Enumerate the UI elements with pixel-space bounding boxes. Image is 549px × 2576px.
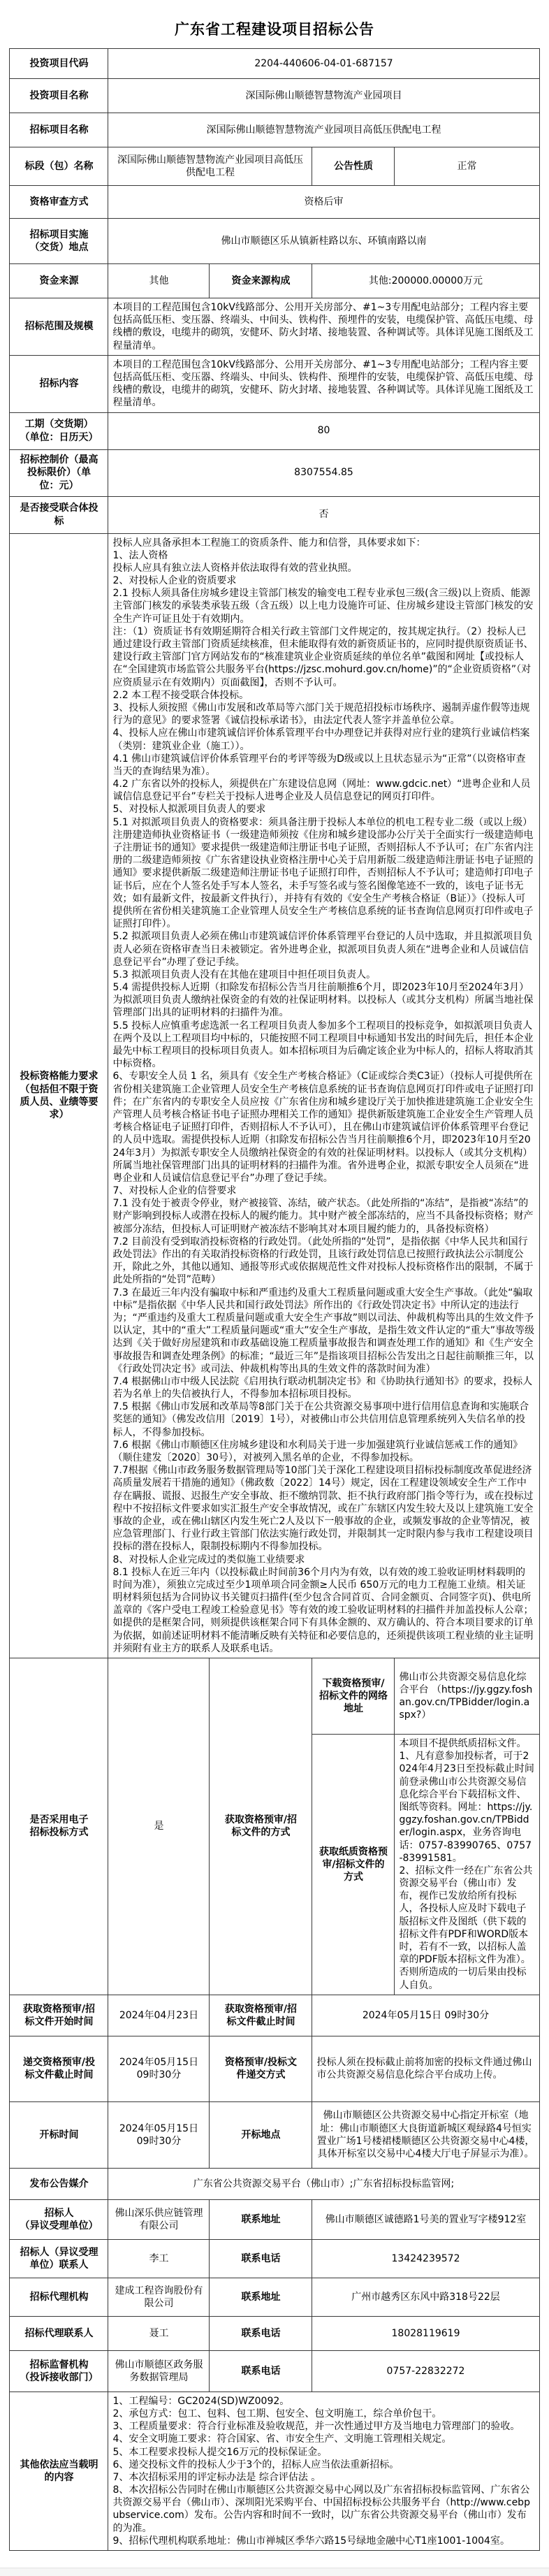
row-tenderer-contact: 招标人（异议受理 单位）联系人 李工 联系电话 13424239572 bbox=[10, 2239, 539, 2278]
label-open-place: 开标地点 bbox=[210, 2101, 312, 2168]
row-supervisor: 招标监督机构 （投诉接收部门） 佛山市顺德区政务服务数据管理局 联系电话 075… bbox=[10, 2350, 539, 2392]
label-agency: 招标代理机构 bbox=[10, 2278, 108, 2316]
label-duration: 工期（交货期） （单位：日历天） bbox=[10, 412, 108, 449]
value-funding-composition: 其他:200000.00000万元 bbox=[312, 264, 539, 298]
label-agency-phone: 联系电话 bbox=[210, 2316, 312, 2350]
value-paper-method: 本项目不提供纸质招标文件。1、凡有意参加投标者，可于2024年4月23日至投标截… bbox=[395, 1735, 539, 1995]
label-tenderer: 招标人 （异议受理单位） bbox=[10, 2199, 108, 2239]
label-funding: 资金来源 bbox=[10, 264, 108, 298]
row-tenderer: 招标人 （异议受理单位） 佛山深乐供应链管理有限公司 联系地址 佛山市顺德区诚德… bbox=[10, 2199, 539, 2239]
value-scope: 本项目的工程范围包含10kV线路部分、公用开关房部分、#1~3专用配电站部分；工… bbox=[108, 298, 539, 356]
value-submit-deadline: 2024年05月15日 09时30分 bbox=[108, 2036, 210, 2101]
announcement-page: 广东省工程建设项目招标公告 投资项目代码 2204-440606-04-01-6… bbox=[0, 0, 549, 2576]
value-other-content: 1、工程编号：GC2024(SD)WZ0092。 2、承包方式：包工、包料、包工… bbox=[108, 2392, 539, 2550]
label-funding-composition: 资金来源构成 bbox=[210, 264, 312, 298]
row-agency: 招标代理机构 建成工程咨询股份有限公司 联系地址 广州市越秀区东风中路318号2… bbox=[10, 2278, 539, 2316]
label-e-bidding: 是否采用电子 招标投标方式 bbox=[10, 1658, 108, 1995]
label-consortium: 是否接受联合体投 标 bbox=[10, 496, 108, 533]
label-scope: 招标范围及规模 bbox=[10, 298, 108, 356]
value-agency-address: 广州市越秀区东风中路318号22层 bbox=[312, 2278, 539, 2316]
value-supervisor: 佛山市顺德区政务服务数据管理局 bbox=[108, 2350, 210, 2392]
row-funding: 资金来源 其他 资金来源构成 其他:200000.00000万元 bbox=[10, 264, 539, 298]
row-media: 发布公告媒介 广东省公共资源交易平台（佛山市）;广东省招标投标监管网; bbox=[10, 2168, 539, 2199]
label-notice-nature: 公告性质 bbox=[312, 147, 395, 186]
label-location: 招标项目实施 （交货）地点 bbox=[10, 219, 108, 264]
row-opening: 开标时间 2024年05月15日 09时30分 开标地点 佛山市顺德区公共资源交… bbox=[10, 2101, 539, 2168]
row-tender-name: 招标项目名称 深国际佛山顺德智慧物流产业园项目高低压供配电工程 bbox=[10, 113, 539, 147]
label-agency-contact: 招标代理联系人 bbox=[10, 2316, 108, 2350]
label-tenderer-address: 联系地址 bbox=[210, 2199, 312, 2239]
row-consortium: 是否接受联合体投 标 否 bbox=[10, 496, 539, 533]
page-footer-bar bbox=[0, 2568, 549, 2576]
label-tenderer-contact: 招标人（异议受理 单位）联系人 bbox=[10, 2239, 108, 2278]
value-tenderer: 佛山深乐供应链管理有限公司 bbox=[108, 2199, 210, 2239]
row-obtain-time: 获取资格预审/招 标文件开始时间 2024年04月23日 获取资格预审/招 标文… bbox=[10, 1995, 539, 2036]
label-tenderer-phone: 联系电话 bbox=[210, 2239, 312, 2278]
value-consortium: 否 bbox=[108, 496, 539, 533]
value-agency-contact: 聂工 bbox=[108, 2316, 210, 2350]
value-download-url: 佛山市公共资源交易信息化综合平台 （https://jy.ggzy.foshan… bbox=[395, 1658, 539, 1735]
value-funding: 其他 bbox=[108, 264, 210, 298]
label-submit-method: 资格预审/投标文 件递交方式 bbox=[210, 2036, 312, 2101]
row-section-name: 标段（包）名称 深国际佛山顺德智慧物流产业园项目高低压供配电工程 公告性质 正常 bbox=[10, 147, 539, 186]
row-other: 其他依法应当载明 的内容 1、工程编号：GC2024(SD)WZ0092。 2、… bbox=[10, 2392, 539, 2550]
row-project-name: 投资项目名称 深国际佛山顺德智慧物流产业园项目 bbox=[10, 79, 539, 113]
label-other-content: 其他依法应当载明 的内容 bbox=[10, 2392, 108, 2550]
label-agency-address: 联系地址 bbox=[210, 2278, 312, 2316]
value-open-place: 佛山市顺德区公共资源交易中心指定开标室（地址：佛山市顺德区大良街道新城区观绿路4… bbox=[312, 2101, 539, 2168]
label-obtain-end: 获取资格预审/招 标文件截止时间 bbox=[210, 1995, 312, 2036]
value-tender-name: 深国际佛山顺德智慧物流产业园项目高低压供配电工程 bbox=[108, 113, 539, 147]
row-location: 招标项目实施 （交货）地点 佛山市顺德区乐从镇新桂路以东、环镇南路以南 bbox=[10, 219, 539, 264]
value-duration: 80 bbox=[108, 412, 539, 449]
value-e-bidding: 是 bbox=[108, 1658, 210, 1995]
value-section-name: 深国际佛山顺德智慧物流产业园项目高低压供配电工程 bbox=[108, 147, 312, 186]
row-content: 招标内容 本项目的工程范围包含10kV线路部分、公用开关房部分、#1~3专用配电… bbox=[10, 355, 539, 412]
value-notice-nature: 正常 bbox=[395, 147, 539, 186]
label-section-name: 标段（包）名称 bbox=[10, 147, 108, 186]
label-supervisor-phone: 联系电话 bbox=[210, 2350, 312, 2392]
row-project-code: 投资项目代码 2204-440606-04-01-687157 bbox=[10, 49, 539, 79]
value-supervisor-phone: 0757-22832272 bbox=[312, 2350, 539, 2392]
value-location: 佛山市顺德区乐从镇新桂路以东、环镇南路以南 bbox=[108, 219, 539, 264]
row-qualification-requirements: 投标资格能力要求 （包括但不限于资 质人员、业绩等要 求） 投标人应具备承担本工… bbox=[10, 533, 539, 1658]
row-control-price: 招标控制价（最高 投标限价）（单 位：元） 8307554.85 bbox=[10, 449, 539, 496]
value-tenderer-address: 佛山市顺德区诚德路1号美的置业写字楼912室 bbox=[312, 2199, 539, 2239]
row-scope: 招标范围及规模 本项目的工程范围包含10kV线路部分、公用开关房部分、#1~3专… bbox=[10, 298, 539, 356]
value-obtain-end: 2024年05月15日 09时30分 bbox=[312, 1995, 539, 2036]
value-agency-phone: 18028119619 bbox=[312, 2316, 539, 2350]
row-submit: 递交资格预审/投 标文件截止时间 2024年05月15日 09时30分 资格预审… bbox=[10, 2036, 539, 2101]
value-qual-review: 资格后审 bbox=[108, 186, 539, 219]
page-title: 广东省工程建设项目招标公告 bbox=[0, 0, 549, 48]
label-tender-name: 招标项目名称 bbox=[10, 113, 108, 147]
value-project-code: 2204-440606-04-01-687157 bbox=[108, 49, 539, 79]
label-project-code: 投资项目代码 bbox=[10, 49, 108, 79]
row-e-bidding: 是否采用电子 招标投标方式 是 获取资格预审/招 标文件的方式 下载资格预审/ … bbox=[10, 1658, 539, 1735]
label-qualification-requirements: 投标资格能力要求 （包括但不限于资 质人员、业绩等要 求） bbox=[10, 533, 108, 1658]
value-content: 本项目的工程范围包含10kV线路部分、公用开关房部分、#1~3专用配电站部分；工… bbox=[108, 355, 539, 412]
label-obtain-start: 获取资格预审/招 标文件开始时间 bbox=[10, 1995, 108, 2036]
row-duration: 工期（交货期） （单位：日历天） 80 bbox=[10, 412, 539, 449]
value-project-name: 深国际佛山顺德智慧物流产业园项目 bbox=[108, 79, 539, 113]
label-control-price: 招标控制价（最高 投标限价）（单 位：元） bbox=[10, 449, 108, 496]
value-submit-method: 投标人须在投标截止前将加密的投标文件通过佛山市公共资源交易信息化综合平台成功上传… bbox=[312, 2036, 539, 2101]
label-qual-review: 资格审查方式 bbox=[10, 186, 108, 219]
value-control-price: 8307554.85 bbox=[108, 449, 539, 496]
value-open-time: 2024年05月15日 09时30分 bbox=[108, 2101, 210, 2168]
label-project-name: 投资项目名称 bbox=[10, 79, 108, 113]
row-agency-contact: 招标代理联系人 聂工 联系电话 18028119619 bbox=[10, 2316, 539, 2350]
label-open-time: 开标时间 bbox=[10, 2101, 108, 2168]
announcement-table: 投资项目代码 2204-440606-04-01-687157 投资项目名称 深… bbox=[9, 48, 539, 2551]
label-supervisor: 招标监督机构 （投诉接收部门） bbox=[10, 2350, 108, 2392]
value-tenderer-phone: 13424239572 bbox=[312, 2239, 539, 2278]
row-qual-review: 资格审查方式 资格后审 bbox=[10, 186, 539, 219]
label-media: 发布公告媒介 bbox=[10, 2168, 108, 2199]
label-paper-method: 获取纸质资格预 审/招标文件的 方式 bbox=[312, 1735, 395, 1995]
value-obtain-start: 2024年04月23日 bbox=[108, 1995, 210, 2036]
value-agency: 建成工程咨询股份有限公司 bbox=[108, 2278, 210, 2316]
label-content: 招标内容 bbox=[10, 355, 108, 412]
label-obtain-method: 获取资格预审/招 标文件的方式 bbox=[210, 1658, 312, 1995]
label-download-url: 下载资格预审/ 招标文件的网络 地址 bbox=[312, 1658, 395, 1735]
value-media: 广东省公共资源交易平台（佛山市）;广东省招标投标监管网; bbox=[108, 2168, 539, 2199]
value-tenderer-contact: 李工 bbox=[108, 2239, 210, 2278]
value-qualification-requirements: 投标人应具备承担本工程施工的资质条件、能力和信誉，具体要求如下： 1、法人资格 … bbox=[108, 533, 539, 1658]
label-submit-deadline: 递交资格预审/投 标文件截止时间 bbox=[10, 2036, 108, 2101]
